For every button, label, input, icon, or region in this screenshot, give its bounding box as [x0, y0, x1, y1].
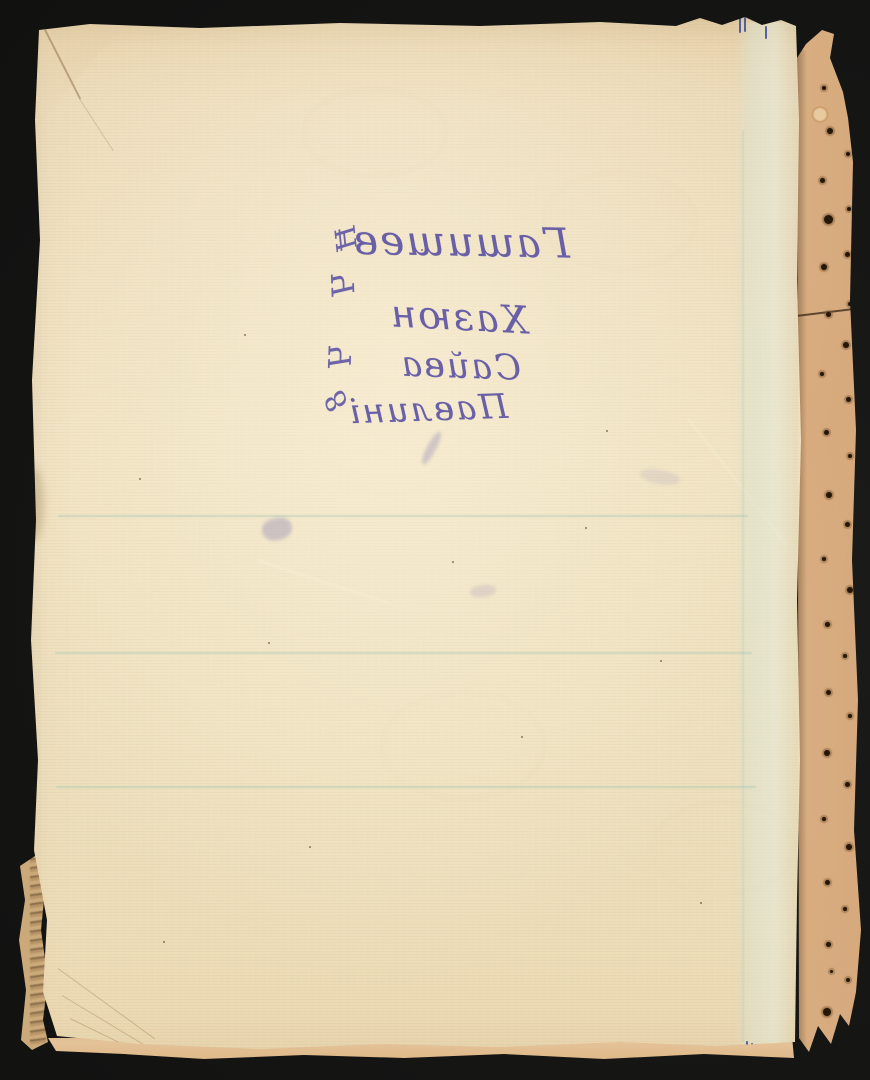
wormhole: [822, 557, 826, 561]
handwriting-line-4: Павлині: [379, 389, 508, 431]
wormhole: [847, 207, 851, 211]
wormhole: [825, 880, 830, 885]
fold-crease: [79, 98, 114, 151]
dirt-speck: [521, 736, 523, 738]
vertical-note-glyph: Ч: [323, 343, 360, 368]
margin-rule-line: [742, 130, 744, 1042]
wormhole: [848, 454, 852, 458]
wormhole: [820, 178, 825, 183]
scan-background: Гашишев Хазюн Сайва Павлині ĦЧЧ8: [0, 0, 870, 1080]
dirt-speck: [700, 902, 702, 904]
ghost-smudge: [419, 430, 444, 466]
paper-wrinkle: [258, 560, 391, 604]
vertical-note-glyph: Ч: [326, 271, 363, 296]
dirt-speck: [585, 527, 587, 529]
paper-page: Гашишев Хазюн Сайва Павлині ĦЧЧ8: [0, 0, 870, 1080]
wormhole: [824, 750, 830, 756]
handwriting-line-3: Сайва: [416, 346, 521, 388]
handwriting-line-1: Гашишев: [386, 218, 571, 266]
wormhole: [830, 970, 833, 973]
ruled-line: [56, 786, 756, 788]
embossed-watermark: [648, 798, 798, 898]
dirt-speck: [163, 941, 165, 943]
wormhole: [824, 430, 829, 435]
handwriting-line-2: Хазюн: [395, 294, 529, 343]
blue-tick: [744, 17, 746, 32]
dirt-speck: [452, 561, 454, 563]
strip-stain-blotch: [811, 106, 829, 123]
dirt-speck: [660, 660, 662, 662]
dirt-speck: [139, 478, 141, 480]
ghost-smudge: [260, 515, 294, 543]
wormhole: [846, 397, 851, 402]
wormhole: [848, 302, 852, 306]
wormhole: [845, 782, 850, 787]
ruled-line: [58, 515, 748, 517]
wormhole: [820, 372, 824, 376]
wormhole: [843, 342, 849, 348]
wormhole: [845, 522, 850, 527]
dirt-speck: [309, 846, 311, 848]
wormhole: [826, 312, 831, 317]
dirt-speck: [244, 334, 246, 336]
wormhole: [827, 128, 833, 134]
wormhole: [825, 622, 830, 627]
wormhole: [843, 907, 847, 911]
wormhole: [847, 587, 853, 593]
ghost-smudge: [639, 467, 681, 488]
wormhole: [826, 942, 831, 947]
wormhole: [822, 86, 826, 90]
wormhole: [846, 152, 850, 156]
wormhole: [826, 492, 832, 498]
wormhole: [846, 844, 852, 850]
ruled-line: [55, 652, 752, 654]
embossed-watermark: [300, 85, 450, 180]
wormhole: [823, 1008, 831, 1016]
wormhole: [826, 690, 831, 695]
wormhole: [845, 252, 850, 257]
blue-tick: [765, 26, 767, 39]
vertical-note-glyph: Ħ: [329, 225, 364, 253]
wormhole: [843, 654, 847, 658]
wormhole: [846, 978, 850, 982]
wormhole: [824, 215, 833, 224]
edge-stain: [24, 468, 44, 540]
ghost-smudge: [469, 584, 496, 599]
wormhole: [822, 817, 826, 821]
wormhole: [821, 264, 827, 270]
dirt-speck: [606, 430, 608, 432]
wormhole: [848, 714, 852, 718]
bottom-corner-crease: [58, 968, 156, 1039]
dirt-speck: [268, 642, 270, 644]
